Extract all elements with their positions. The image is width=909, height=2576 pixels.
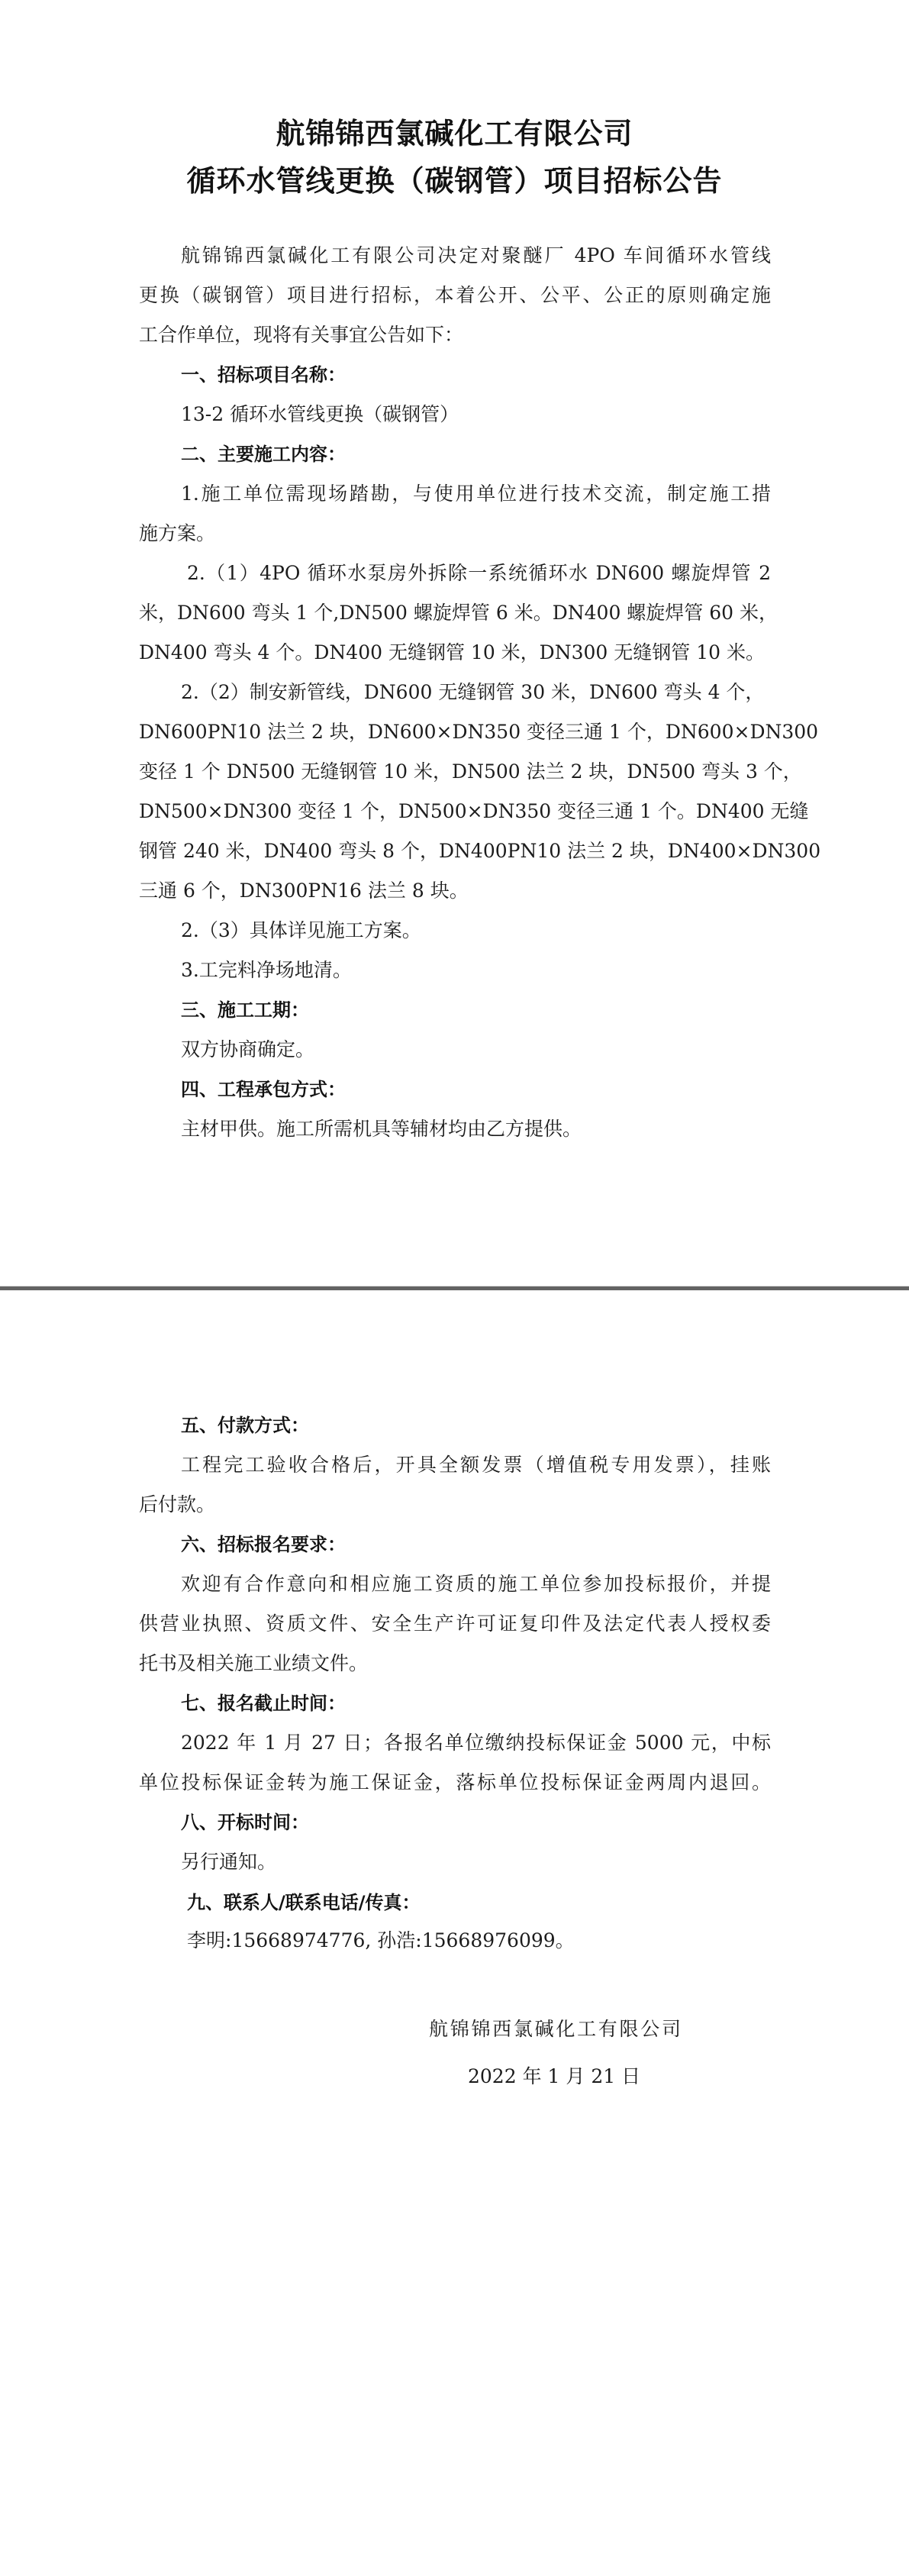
registration-text-cont: 供营业执照、资质文件、安全生产许可证复印件及法定代表人授权委 xyxy=(139,1612,771,1635)
signature-company: 航锦锦西氯碱化工有限公司 xyxy=(429,2018,681,2041)
work-item-3: 3.工完料净场地清。 xyxy=(181,959,352,982)
work-item-2-2: 2.（2）制安新管线，DN600 无缝钢管 30 米，DN600 弯头 4 个， xyxy=(181,681,743,704)
intro-line: 工合作单位，现将有关事宜公告如下： xyxy=(139,324,463,347)
deadline-text-cont: 单位投标保证金转为施工保证金，落标单位投标保证金两周内退回。 xyxy=(139,1771,771,1794)
section-heading-1: 一、招标项目名称： xyxy=(181,363,346,386)
contract-method: 主材甲供。施工所需机具等辅材均由乙方提供。 xyxy=(181,1118,582,1141)
work-item-2-2-cont: DN600PN10 法兰 2 块，DN600×DN350 变径三通 1 个，DN… xyxy=(139,721,762,744)
deadline-text: 2022 年 1 月 27 日；各报名单位缴纳投标保证金 5000 元，中标 xyxy=(181,1732,771,1754)
section-heading-8: 八、开标时间： xyxy=(181,1811,309,1834)
work-item-2-1-cont: 米，DN600 弯头 1 个,DN500 螺旋焊管 6 米。DN400 螺旋焊管… xyxy=(139,602,771,625)
intro-line: 更换（碳钢管）项目进行招标，本着公开、公平、公正的原则确定施 xyxy=(139,284,771,307)
signature-date: 2022 年 1 月 21 日 xyxy=(468,2065,631,2088)
work-item-2-2-cont: DN500×DN300 变径 1 个，DN500×DN350 变径三通 1 个。… xyxy=(139,800,766,823)
section-heading-4: 四、工程承包方式： xyxy=(181,1078,346,1101)
work-item-1: 1.施工单位需现场踏勘，与使用单位进行技术交流，制定施工措 xyxy=(181,483,771,505)
work-item-2-2-cont: 钢管 240 米，DN400 弯头 8 个，DN400PN10 法兰 2 块，D… xyxy=(139,840,771,863)
work-item-2-1: 2.（1）4PO 循环水泵房外拆除一系统循环水 DN600 螺旋焊管 2 xyxy=(187,562,771,585)
document-page-2: 五、付款方式： 工程完工验收合格后，开具全额发票（增值税专用发票），挂账 后付款… xyxy=(0,1290,909,2576)
project-name: 13-2 循环水管线更换（碳钢管） xyxy=(181,403,459,426)
intro-line: 航锦锦西氯碱化工有限公司决定对聚醚厂 4PO 车间循环水管线 xyxy=(181,244,771,267)
bid-opening-text: 另行通知。 xyxy=(181,1851,276,1874)
title-project: 循环水管线更换（碳钢管）项目招标公告 xyxy=(0,164,909,198)
contact-info: 李明:15668974776, 孙浩:15668976099。 xyxy=(187,1929,575,1952)
section-heading-3: 三、施工工期： xyxy=(181,999,309,1022)
section-heading-5: 五、付款方式： xyxy=(181,1414,309,1437)
registration-text-cont: 托书及相关施工业绩文件。 xyxy=(139,1652,368,1675)
payment-text-cont: 后付款。 xyxy=(139,1493,215,1516)
work-item-2-2-cont: 三通 6 个，DN300PN16 法兰 8 块。 xyxy=(139,880,469,902)
work-item-2-2-cont: 变径 1 个 DN500 无缝钢管 10 米，DN500 法兰 2 块，DN50… xyxy=(139,760,771,783)
section-heading-7: 七、报名截止时间： xyxy=(181,1692,346,1715)
document-page-1: 航锦锦西氯碱化工有限公司 循环水管线更换（碳钢管）项目招标公告 航锦锦西氯碱化工… xyxy=(0,0,909,1286)
registration-text: 欢迎有合作意向和相应施工资质的施工单位参加投标报价，并提 xyxy=(181,1573,771,1596)
section-heading-6: 六、招标报名要求： xyxy=(181,1533,346,1556)
section-heading-9: 九、联系人/联系电话/传真： xyxy=(187,1891,421,1914)
work-item-2-1-cont: DN400 弯头 4 个。DN400 无缝钢管 10 米，DN300 无缝钢管 … xyxy=(139,641,765,664)
work-item-2-3: 2.（3）具体详见施工方案。 xyxy=(181,919,421,942)
payment-text: 工程完工验收合格后，开具全额发票（增值税专用发票），挂账 xyxy=(181,1454,771,1477)
title-company: 航锦锦西氯碱化工有限公司 xyxy=(0,117,909,150)
section-heading-2: 二、主要施工内容： xyxy=(181,443,346,466)
construction-period: 双方协商确定。 xyxy=(181,1038,314,1061)
work-item-1-cont: 施方案。 xyxy=(139,522,215,545)
